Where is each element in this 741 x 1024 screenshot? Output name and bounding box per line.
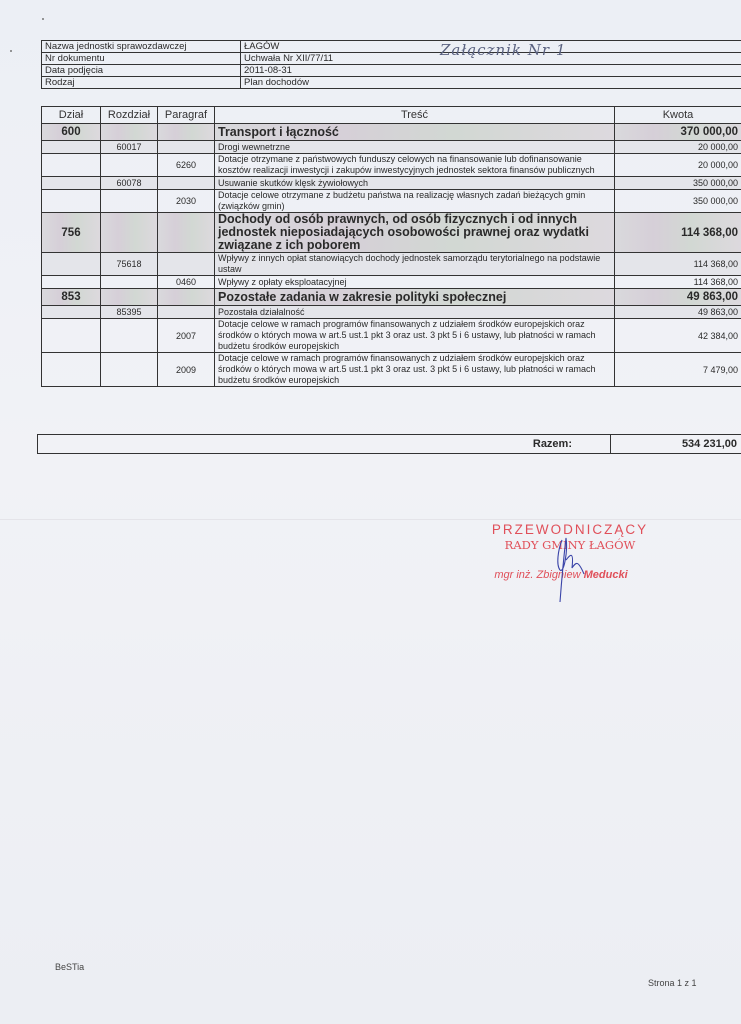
footer-page-number: Strona 1 z 1 bbox=[648, 978, 697, 988]
cell-paragraf: 2030 bbox=[158, 190, 215, 213]
cell-tresc: Wpływy z opłaty eksploatacyjnej bbox=[215, 276, 615, 289]
cell-kwota: 350 000,00 bbox=[615, 190, 741, 213]
cell-paragraf bbox=[158, 177, 215, 190]
cell-tresc: Dotacje celowe w ramach programów finans… bbox=[215, 319, 615, 353]
cell-paragraf: 6260 bbox=[158, 154, 215, 177]
table-row: 600 Transport i łączność 370 000,00 bbox=[42, 124, 741, 141]
total-table: Razem: 534 231,00 bbox=[37, 434, 741, 454]
cell-rozdzial bbox=[101, 124, 158, 141]
cell-dzial bbox=[42, 253, 101, 276]
scan-speck bbox=[10, 50, 12, 52]
cell-rozdzial bbox=[101, 154, 158, 177]
cell-rozdzial bbox=[101, 353, 158, 387]
info-row: Nr dokumentu Uchwała Nr XII/77/11 bbox=[42, 53, 741, 65]
cell-paragraf: 2007 bbox=[158, 319, 215, 353]
cell-dzial bbox=[42, 190, 101, 213]
cell-rozdzial: 85395 bbox=[101, 306, 158, 319]
handwritten-attachment-note: Załącznik Nr 1 bbox=[440, 41, 566, 59]
cell-dzial: 853 bbox=[42, 289, 101, 306]
info-row: Nazwa jednostki sprawozdawczej ŁAGÓW bbox=[42, 41, 741, 53]
page-fold bbox=[0, 519, 741, 520]
cell-dzial: 756 bbox=[42, 213, 101, 253]
total-label: Razem: bbox=[38, 435, 611, 454]
cell-kwota: 7 479,00 bbox=[615, 353, 741, 387]
total-value: 534 231,00 bbox=[611, 435, 741, 454]
cell-tresc: Pozostała działalność bbox=[215, 306, 615, 319]
cell-paragraf bbox=[158, 141, 215, 154]
cell-tresc: Wpływy z innych opłat stanowiących docho… bbox=[215, 253, 615, 276]
cell-rozdzial bbox=[101, 213, 158, 253]
cell-dzial bbox=[42, 306, 101, 319]
cell-tresc: Dotacje otrzymane z państwowych funduszy… bbox=[215, 154, 615, 177]
cell-rozdzial: 60017 bbox=[101, 141, 158, 154]
cell-paragraf bbox=[158, 213, 215, 253]
cell-paragraf bbox=[158, 289, 215, 306]
info-label: Data podjęcia bbox=[42, 65, 241, 77]
info-label: Nr dokumentu bbox=[42, 53, 241, 65]
cell-tresc: Drogi wewnetrzne bbox=[215, 141, 615, 154]
cell-kwota: 20 000,00 bbox=[615, 154, 741, 177]
cell-kwota: 49 863,00 bbox=[615, 289, 741, 306]
table-row: 756 Dochody od osób prawnych, od osób fi… bbox=[42, 213, 741, 253]
cell-rozdzial bbox=[101, 319, 158, 353]
table-row: 2007 Dotacje celowe w ramach programów f… bbox=[42, 319, 741, 353]
cell-paragraf bbox=[158, 124, 215, 141]
cell-tresc: Dotacje celowe w ramach programów finans… bbox=[215, 353, 615, 387]
cell-kwota: 350 000,00 bbox=[615, 177, 741, 190]
col-tresc: Treść bbox=[215, 107, 615, 124]
cell-kwota: 42 384,00 bbox=[615, 319, 741, 353]
table-row: 6260 Dotacje otrzymane z państwowych fun… bbox=[42, 154, 741, 177]
total-row: Razem: 534 231,00 bbox=[38, 435, 741, 454]
info-label: Rodzaj bbox=[42, 77, 241, 89]
info-row: Rodzaj Plan dochodów bbox=[42, 77, 741, 89]
cell-tresc: Transport i łączność bbox=[215, 124, 615, 141]
table-header-row: Dział Rozdział Paragraf Treść Kwota bbox=[42, 107, 741, 124]
col-rozdzial: Rozdział bbox=[101, 107, 158, 124]
cell-dzial bbox=[42, 141, 101, 154]
cell-rozdzial bbox=[101, 289, 158, 306]
cell-tresc: Dochody od osób prawnych, od osób fizycz… bbox=[215, 213, 615, 253]
info-row: Data podjęcia 2011-08-31 bbox=[42, 65, 741, 77]
table-row: 60078 Usuwanie skutków klęsk żywiołowych… bbox=[42, 177, 741, 190]
cell-rozdzial bbox=[101, 190, 158, 213]
cell-kwota: 114 368,00 bbox=[615, 213, 741, 253]
cell-dzial bbox=[42, 276, 101, 289]
cell-dzial bbox=[42, 319, 101, 353]
table-row: 60017 Drogi wewnetrzne 20 000,00 bbox=[42, 141, 741, 154]
cell-tresc: Dotacje celowe otrzymane z budżetu państ… bbox=[215, 190, 615, 213]
table-row: 2030 Dotacje celowe otrzymane z budżetu … bbox=[42, 190, 741, 213]
footer-software: BeSTia bbox=[55, 962, 84, 972]
scan-speck bbox=[42, 18, 44, 20]
info-value: 2011-08-31 bbox=[241, 65, 741, 77]
document-info-table: Nazwa jednostki sprawozdawczej ŁAGÓWNr d… bbox=[41, 40, 741, 89]
cell-paragraf bbox=[158, 306, 215, 319]
col-paragraf: Paragraf bbox=[158, 107, 215, 124]
col-kwota: Kwota bbox=[615, 107, 741, 124]
cell-kwota: 370 000,00 bbox=[615, 124, 741, 141]
cell-paragraf: 0460 bbox=[158, 276, 215, 289]
cell-rozdzial: 75618 bbox=[101, 253, 158, 276]
cell-paragraf: 2009 bbox=[158, 353, 215, 387]
col-dzial: Dział bbox=[42, 107, 101, 124]
cell-dzial bbox=[42, 154, 101, 177]
cell-dzial: 600 bbox=[42, 124, 101, 141]
table-row: 0460 Wpływy z opłaty eksploatacyjnej 114… bbox=[42, 276, 741, 289]
income-plan-table: Dział Rozdział Paragraf Treść Kwota 600 … bbox=[41, 106, 741, 387]
table-row: 85395 Pozostała działalność 49 863,00 bbox=[42, 306, 741, 319]
table-row: 2009 Dotacje celowe w ramach programów f… bbox=[42, 353, 741, 387]
table-row: 75618 Wpływy z innych opłat stanowiących… bbox=[42, 253, 741, 276]
table-row: 853 Pozostałe zadania w zakresie polityk… bbox=[42, 289, 741, 306]
cell-kwota: 49 863,00 bbox=[615, 306, 741, 319]
info-value: Plan dochodów bbox=[241, 77, 741, 89]
cell-dzial bbox=[42, 177, 101, 190]
stamp-surname: Meducki bbox=[584, 569, 628, 581]
cell-tresc: Pozostałe zadania w zakresie polityki sp… bbox=[215, 289, 615, 306]
cell-dzial bbox=[42, 353, 101, 387]
cell-rozdzial bbox=[101, 276, 158, 289]
cell-rozdzial: 60078 bbox=[101, 177, 158, 190]
document-page: Nazwa jednostki sprawozdawczej ŁAGÓWNr d… bbox=[0, 0, 741, 1024]
cell-kwota: 114 368,00 bbox=[615, 253, 741, 276]
cell-kwota: 20 000,00 bbox=[615, 141, 741, 154]
cell-paragraf bbox=[158, 253, 215, 276]
info-label: Nazwa jednostki sprawozdawczej bbox=[42, 41, 241, 53]
signature-icon bbox=[548, 530, 588, 605]
cell-tresc: Usuwanie skutków klęsk żywiołowych bbox=[215, 177, 615, 190]
cell-kwota: 114 368,00 bbox=[615, 276, 741, 289]
